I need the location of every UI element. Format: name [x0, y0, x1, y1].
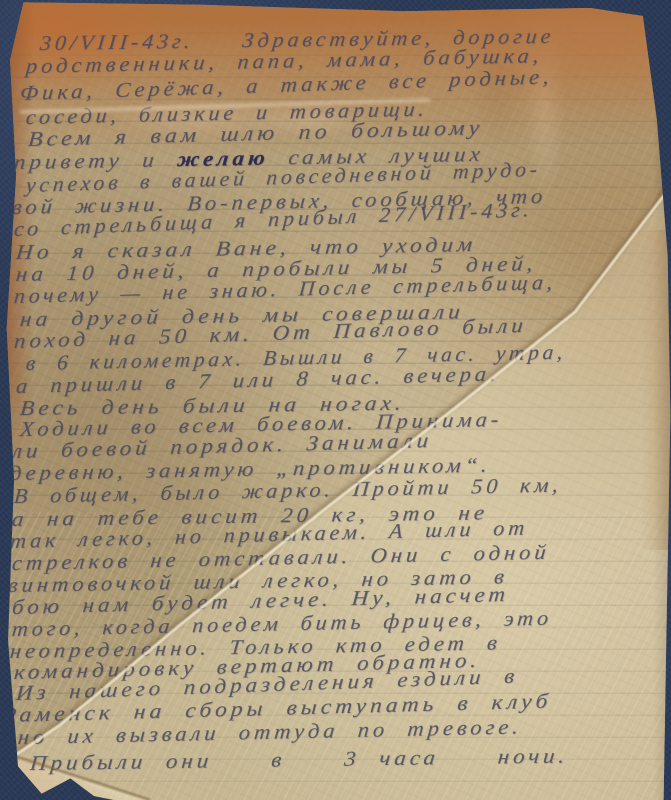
- letter-photograph: 30/VIII-43г.Здравствуйте, дорогие родств…: [0, 0, 671, 800]
- date-gap: [193, 47, 242, 48]
- paper-curl-shadow: [653, 0, 671, 800]
- letter-paper: 30/VIII-43г.Здравствуйте, дорогие родств…: [0, 0, 671, 800]
